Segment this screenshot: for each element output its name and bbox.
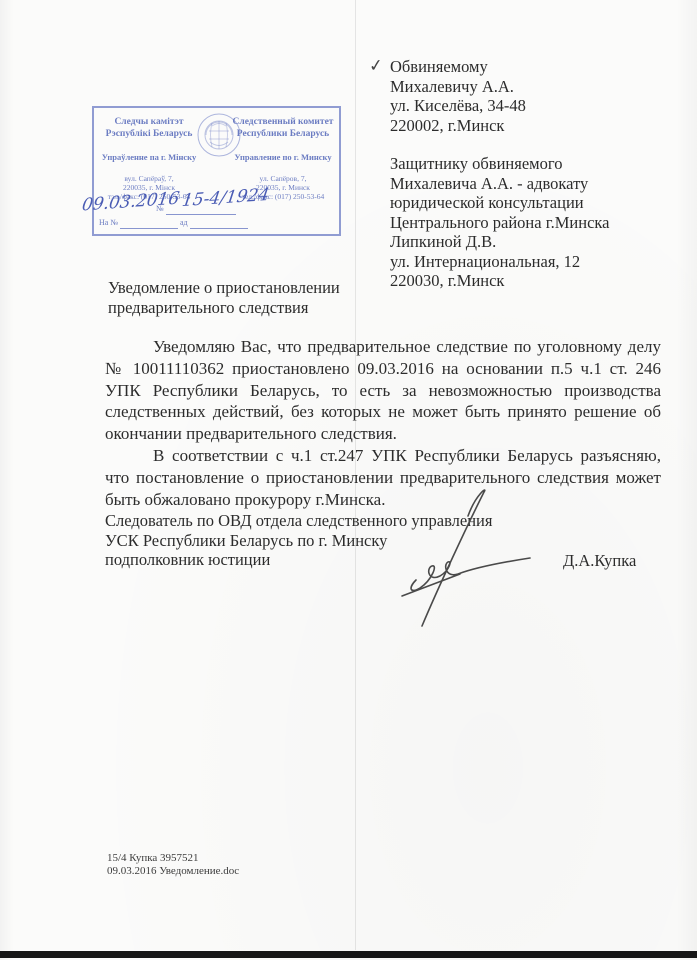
stamp-org-name-by-1: Следчы камітэт xyxy=(98,116,200,128)
recipient-line: Центрального района г.Минска xyxy=(390,213,609,233)
executor-note-line2: 09.03.2016 Уведомление.doc xyxy=(107,865,239,878)
letter-body: Уведомляю Вас, что предварительное следс… xyxy=(105,336,661,510)
stamp-dept-by: Упраўленне па г. Мінску xyxy=(98,152,200,163)
document-title-line2: предварительного следствия xyxy=(108,298,340,318)
recipient-line: Обвиняемому xyxy=(390,57,609,77)
stamp-address-by-1: вул. Сапёраў, 7, xyxy=(98,174,200,183)
recipient-line: Защитнику обвиняемого xyxy=(390,154,609,174)
stamp-org-name-by-2: Рэспублікі Беларусь xyxy=(98,128,200,140)
executor-note: 15/4 Купка 3957521 09.03.2016 Уведомлени… xyxy=(107,852,239,878)
scanned-letter-page: Следчы камітэт Рэспублікі Беларусь Упраў… xyxy=(0,0,697,960)
recipient-line: 220030, г.Минск xyxy=(390,271,609,291)
stamp-org-name-ru-2: Республики Беларусь xyxy=(229,128,337,140)
stamp-belarusian-column: Следчы камітэт Рэспублікі Беларусь Упраў… xyxy=(98,116,200,201)
body-paragraph-2: В соответствии с ч.1 ст.247 УПК Республи… xyxy=(105,445,661,510)
stamp-address-ru-1: ул. Сапёров, 7, xyxy=(229,174,337,183)
stamp-ad-blank xyxy=(190,220,248,229)
recipient-line: Михалевича А.А. - адвокату xyxy=(390,174,609,194)
recipient-line: Липкиной Д.В. xyxy=(390,232,609,252)
body-paragraph-1: Уведомляю Вас, что предварительное следс… xyxy=(105,336,661,445)
recipient-line: 220002, г.Минск xyxy=(390,116,609,136)
recipient-line: ул. Киселёва, 34-48 xyxy=(390,96,609,116)
signer-name: Д.А.Купка xyxy=(563,551,636,571)
scanner-edge-artifact xyxy=(0,951,697,958)
executor-note-line1: 15/4 Купка 3957521 xyxy=(107,852,239,865)
recipient-defender: Защитнику обвиняемого Михалевича А.А. - … xyxy=(390,154,609,291)
document-title: Уведомление о приостановлении предварите… xyxy=(108,278,340,318)
document-title-line1: Уведомление о приостановлении xyxy=(108,278,340,298)
stamp-org-name-ru-1: Следственный комитет xyxy=(229,116,337,128)
official-letterhead-stamp: Следчы камітэт Рэспублікі Беларусь Упраў… xyxy=(92,106,341,236)
stamp-na-label: На № xyxy=(99,218,118,227)
signature-scrawl xyxy=(388,488,538,633)
recipient-line: Михалевичу А.А. xyxy=(390,77,609,97)
checkmark-annotation: ✓ xyxy=(368,55,384,76)
stamp-na-blank xyxy=(120,220,178,229)
stamp-reference-line: На № ад xyxy=(99,218,319,229)
stamp-ad-label: ад xyxy=(180,218,188,227)
stamp-dept-ru: Управление по г. Минску xyxy=(229,152,337,163)
recipient-address-block: Обвиняемому Михалевичу А.А. ул. Киселёва… xyxy=(390,57,609,291)
recipient-line: юридической консультации xyxy=(390,193,609,213)
recipient-accused: Обвиняемому Михалевичу А.А. ул. Киселёва… xyxy=(390,57,609,135)
recipient-line: ул. Интернациональная, 12 xyxy=(390,252,609,272)
